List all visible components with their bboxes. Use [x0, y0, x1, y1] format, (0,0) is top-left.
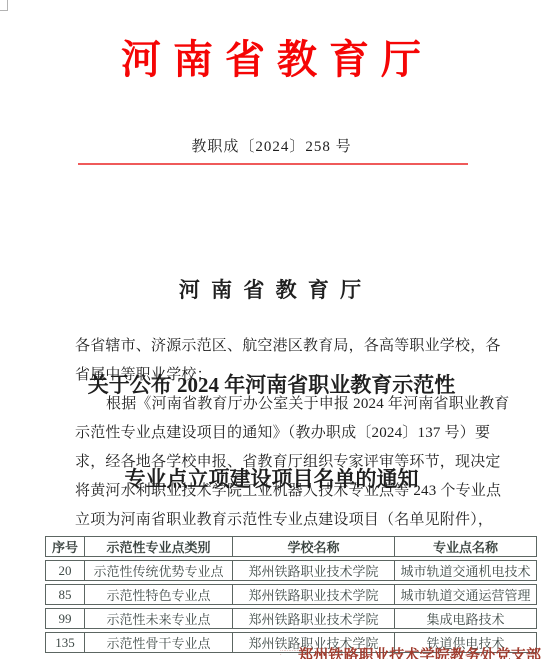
cell-seq: 20 [45, 560, 85, 581]
cell-major: 集成电路技术 [395, 608, 537, 629]
cell-major: 城市轨道交通机电技术 [395, 560, 537, 581]
cell-seq: 99 [45, 608, 85, 629]
body-line: 将黄河水利职业技术学院工业机器人技术专业点等 243 个专业点 [75, 477, 507, 506]
overlay-stamp-text: 郑州铁路职业技术学院教务处党支部 [298, 644, 541, 659]
stamp-micro-text: ············· [280, 650, 300, 658]
col-header-major: 专业点名称 [395, 536, 537, 557]
notice-title-line1: 河 南 省 教 育 厅 [0, 275, 543, 307]
col-header-school: 学校名称 [233, 536, 395, 557]
table-row: 20 示范性传统优势专业点 郑州铁路职业技术学院 城市轨道交通机电技术 [45, 560, 537, 581]
cell-school: 郑州铁路职业技术学院 [233, 608, 395, 629]
cell-category: 示范性未来专业点 [85, 608, 233, 629]
table-row: 85 示范性特色专业点 郑州铁路职业技术学院 城市轨道交通运营管理 [45, 584, 537, 605]
col-header-seq: 序号 [45, 536, 85, 557]
body-line: 省属中等职业学校： [75, 361, 507, 390]
corner-crop-mark [0, 0, 8, 11]
col-header-category: 示范性专业点类别 [85, 536, 233, 557]
body-line: 示范性专业点建设项目的通知》（教办职成〔2024〕137 号）要 [75, 419, 507, 448]
body-line: 求，经各地各学校申报、省教育厅组织专家评审等环节，现决定 [75, 448, 507, 477]
cell-category: 示范性骨干专业点 [85, 632, 233, 653]
cell-school: 郑州铁路职业技术学院 [233, 560, 395, 581]
agency-letterhead-title: 河 南 省 教 育 厅 [0, 28, 543, 85]
body-line: 各省辖市、济源示范区、航空港区教育局，各高等职业学校，各 [75, 332, 507, 361]
document-page: 河 南 省 教 育 厅 教职成〔2024〕258 号 河 南 省 教 育 厅 关… [0, 0, 543, 659]
body-text: 各省辖市、济源示范区、航空港区教育局，各高等职业学校，各 省属中等职业学校： 根… [75, 332, 507, 535]
cell-category: 示范性特色专业点 [85, 584, 233, 605]
cell-major: 城市轨道交通运营管理 [395, 584, 537, 605]
cell-seq: 135 [45, 632, 85, 653]
table-header-row: 序号 示范性专业点类别 学校名称 专业点名称 [45, 536, 537, 557]
red-divider-line [78, 163, 468, 165]
cell-seq: 85 [45, 584, 85, 605]
attachment-table: 序号 示范性专业点类别 学校名称 专业点名称 20 示范性传统优势专业点 郑州铁… [45, 533, 537, 656]
cell-school: 郑州铁路职业技术学院 [233, 584, 395, 605]
cell-category: 示范性传统优势专业点 [85, 560, 233, 581]
table-row: 99 示范性未来专业点 郑州铁路职业技术学院 集成电路技术 [45, 608, 537, 629]
body-line: 根据《河南省教育厅办公室关于申报 2024 年河南省职业教育 [75, 390, 507, 419]
body-line: 立项为河南省职业教育示范性专业点建设项目（名单见附件）， [75, 506, 507, 535]
document-number: 教职成〔2024〕258 号 [0, 135, 543, 156]
